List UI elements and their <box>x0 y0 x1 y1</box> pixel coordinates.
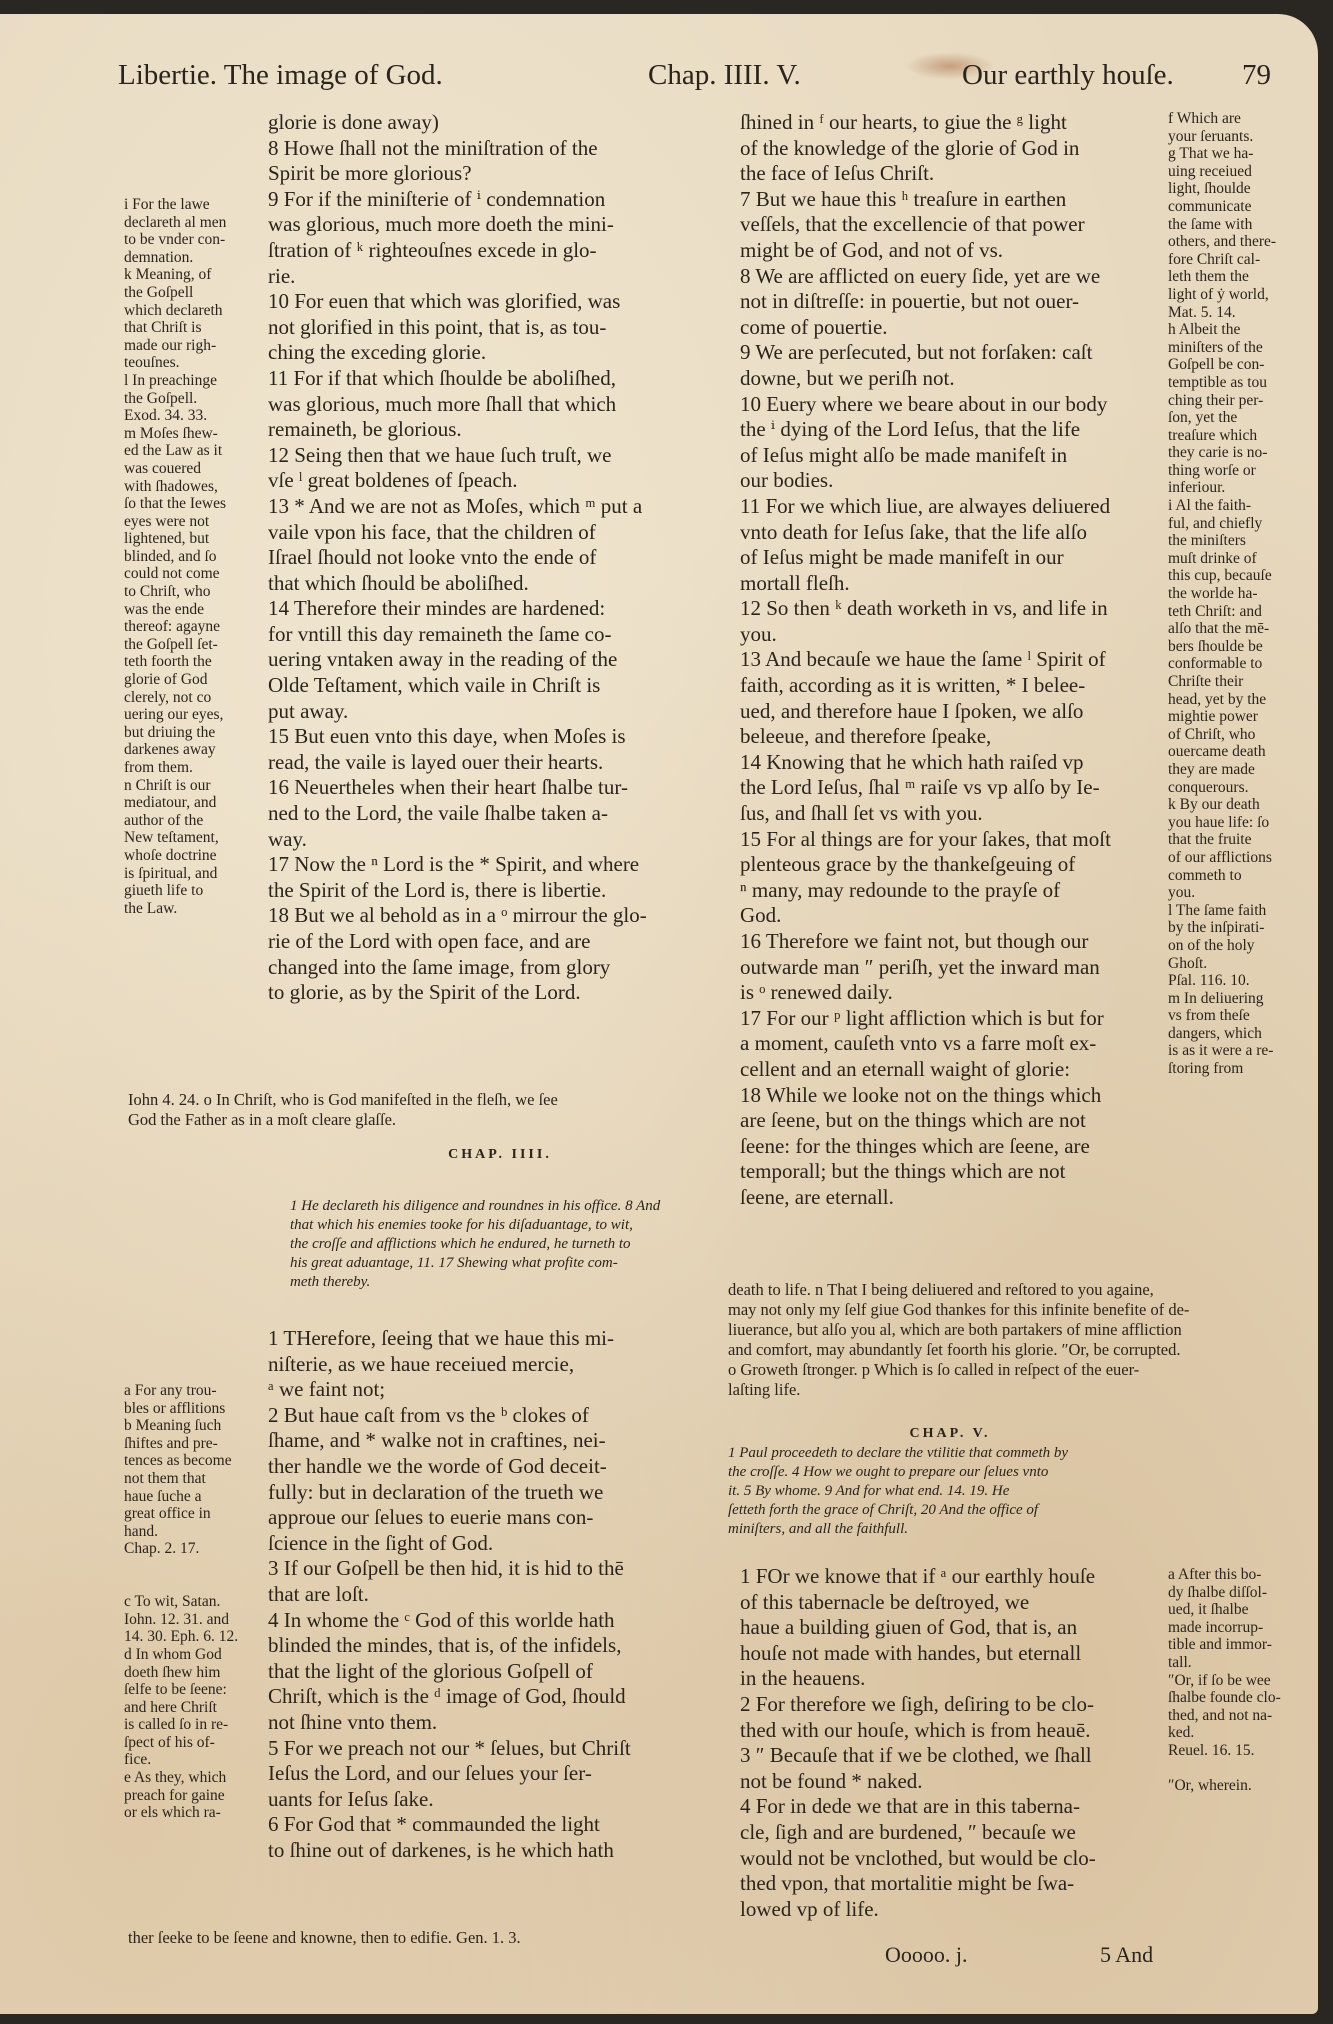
text-line: not glorified in this point, that is, as… <box>268 315 708 341</box>
text-line: uants for Ieſus ſake. <box>268 1787 708 1813</box>
text-line: 18 While we looke not on the things whic… <box>740 1083 1180 1109</box>
margin-note-line: is ſpiritual, and <box>124 865 274 883</box>
margin-note-line: of Chriſt, who <box>1168 726 1318 744</box>
text-line: that are loſt. <box>268 1582 708 1608</box>
margin-note-line: ″Or, if ſo be wee <box>1168 1672 1318 1690</box>
text-line: Chriſt, which is the ᵈ image of God, ſho… <box>268 1684 708 1710</box>
margin-note-line: l In preachinge <box>124 372 274 390</box>
margin-note-line: b Meaning ſuch <box>124 1417 274 1435</box>
margin-note-line: doeth ſhew him <box>124 1664 274 1682</box>
text-line: Spirit be more glorious? <box>268 161 708 187</box>
margin-note-line: which declareth <box>124 302 274 320</box>
argument-line: his great aduantage, 11. 17 Shewing what… <box>290 1254 710 1273</box>
margin-note-line: ſhalbe founde clo- <box>1168 1689 1318 1707</box>
margin-note-line: others, and there- <box>1168 233 1318 251</box>
text-line: the Spirit of the Lord is, there is libe… <box>268 878 708 904</box>
margin-note-line: k Meaning, of <box>124 266 274 284</box>
margin-note-line: i Al the faith- <box>1168 497 1318 515</box>
text-line: 1 FOr we knowe that if ᵃ our earthly hou… <box>740 1564 1180 1590</box>
margin-note-line: d In whom God <box>124 1646 274 1664</box>
margin-note-line: head, yet by the <box>1168 691 1318 709</box>
text-line: cellent and an eternall waight of glorie… <box>740 1057 1180 1083</box>
margin-note-line: was couered <box>124 460 274 478</box>
text-line: 5 For we preach not our * ſelues, but Ch… <box>268 1736 708 1762</box>
text-line: ſhined in ᶠ our hearts, to giue the ᵍ li… <box>740 110 1180 136</box>
left-footnote: Iohn 4. 24. o In Chriſt, who is God mani… <box>128 1090 708 1130</box>
text-line: downe, but we periſh not. <box>740 366 1180 392</box>
text-line: 8 Howe ſhall not the miniſtration of the <box>268 136 708 162</box>
text-line: 18 But we al behold as in a ᵒ mirrour th… <box>268 903 708 929</box>
text-line: 9 For if the miniſterie of ⁱ condemnatio… <box>268 187 708 213</box>
book-page: Libertie. The image of God. Chap. IIII. … <box>0 14 1318 2014</box>
margin-note-line: you haue life: ſo <box>1168 814 1318 832</box>
margin-note-line: from them. <box>124 759 274 777</box>
margin-note-line: mightie power <box>1168 708 1318 726</box>
text-line: haue a building giuen of God, that is, a… <box>740 1615 1180 1641</box>
text-line: ᵃ we faint not; <box>268 1377 708 1403</box>
right-body-text: ſhined in ᶠ our hearts, to giue the ᵍ li… <box>740 110 1180 1211</box>
margin-note-line: ful, and chiefly <box>1168 515 1318 533</box>
margin-note-line: haue ſuche a <box>124 1488 274 1506</box>
margin-note-line: Mat. 5. 14. <box>1168 304 1318 322</box>
margin-note-line: ued, it ſhalbe <box>1168 1601 1318 1619</box>
margin-note-line: m Moſes ſhew- <box>124 425 274 443</box>
text-line: 16 Therefore we faint not, but though ou… <box>740 929 1180 955</box>
margin-note-line: of our afflictions <box>1168 849 1318 867</box>
margin-note-line: f Which are <box>1168 110 1318 128</box>
text-line: that the light of the glorious Goſpell o… <box>268 1659 708 1685</box>
text-line: God. <box>740 903 1180 929</box>
text-line: 7 But we haue this ʰ treaſure in earthen <box>740 187 1180 213</box>
margin-note-line: Exod. 34. 33. <box>124 407 274 425</box>
margin-note-line: blinded, and ſo <box>124 548 274 566</box>
text-line: for vntill this day remaineth the ſame c… <box>268 622 708 648</box>
margin-note-line: and here Chriſt <box>124 1699 274 1717</box>
margin-note-line: the Goſpell ſet- <box>124 636 274 654</box>
margin-note-line: ſo that the Iewes <box>124 495 274 513</box>
margin-note-line: made our righ- <box>124 337 274 355</box>
margin-note-line: thing worſe or <box>1168 462 1318 480</box>
right-footnote: death to life. n That I being deliuered … <box>728 1280 1308 1400</box>
margin-note-line: c To wit, Satan. <box>124 1593 274 1611</box>
text-line: blinded the mindes, that is, of the infi… <box>268 1633 708 1659</box>
margin-note-line: uing receiued <box>1168 163 1318 181</box>
margin-note-line: thed, and not na- <box>1168 1707 1318 1725</box>
margin-note-line: Chap. 2. 17. <box>124 1540 274 1558</box>
right-margin-notes: f Which areyour ſeruants.g That we ha-ui… <box>1168 110 1318 1078</box>
margin-note-line: the Goſpell <box>124 284 274 302</box>
chapter-4-margin-notes: a For any trou-bles or afflitionsb Meani… <box>124 1382 274 1822</box>
margin-note-line: clerely, not co <box>124 689 274 707</box>
margin-note-line: with ſhadowes, <box>124 478 274 496</box>
text-line: thed with our houſe, which is from heauē… <box>740 1718 1180 1744</box>
text-line: beleeue, and therefore ſpeake, <box>740 724 1180 750</box>
margin-note-line: giueth life to <box>124 882 274 900</box>
text-line: 17 Now the ⁿ Lord is the * Spirit, and w… <box>268 852 708 878</box>
margin-note-line: you. <box>1168 884 1318 902</box>
text-line: plenteous grace by the thankeſgeuing of <box>740 852 1180 878</box>
chapter-4-body-text: 1 THerefore, ſeeing that we haue this mi… <box>268 1326 708 1863</box>
text-line: 16 Neuertheles when their heart ſhalbe t… <box>268 775 708 801</box>
text-line: glorie is done away) <box>268 110 708 136</box>
text-line: 13 * And we are not as Moſes, which ᵐ pu… <box>268 494 708 520</box>
text-line: ned to the Lord, the vaile ſhalbe taken … <box>268 801 708 827</box>
text-line: Olde Teſtament, which vaile in Chriſt is <box>268 673 708 699</box>
text-line: uering vntaken away in the reading of th… <box>268 647 708 673</box>
text-line: mortall fleſh. <box>740 571 1180 597</box>
text-line: of the knowledge of the glorie of God in <box>740 136 1180 162</box>
text-line: ther handle we the worde of God deceit- <box>268 1454 708 1480</box>
text-line: of Ieſus might alſo be made manifeſt in <box>740 443 1180 469</box>
footnote-line: laſting life. <box>728 1380 1308 1400</box>
left-margin-notes: i For the lawedeclareth al mento be vnde… <box>124 196 274 917</box>
margin-note-line: the ſame with <box>1168 216 1318 234</box>
text-line: changed into the ſame image, from glory <box>268 955 708 981</box>
text-line: in the heauens. <box>740 1666 1180 1692</box>
footnote-line: God the Father as in a moſt cleare glaſſ… <box>128 1110 708 1130</box>
margin-note-line: preach for gaine <box>124 1787 274 1805</box>
text-line: ching the exceding glorie. <box>268 340 708 366</box>
margin-note-line: ſtoring from <box>1168 1060 1318 1078</box>
text-line: ſcience in the ſight of God. <box>268 1531 708 1557</box>
text-line: 10 For euen that which was glorified, wa… <box>268 289 708 315</box>
text-line: Ieſus the Lord, and our ſelues your ſer- <box>268 1761 708 1787</box>
margin-note-line: i For the lawe <box>124 196 274 214</box>
margin-note-line <box>124 1576 274 1594</box>
argument-line: 1 He declareth his diligence and roundne… <box>290 1197 710 1216</box>
margin-note-line: ching their per- <box>1168 392 1318 410</box>
margin-note-line: New teſtament, <box>124 829 274 847</box>
text-line: 17 For our ᵖ light affliction which is b… <box>740 1006 1180 1032</box>
text-line: approue our ſelues to euerie mans con- <box>268 1505 708 1531</box>
text-line: 3 If our Goſpell be then hid, it is hid … <box>268 1556 708 1582</box>
margin-note-line: muſt drinke of <box>1168 550 1318 568</box>
margin-note-line: the Law. <box>124 900 274 918</box>
margin-note-line: Pſal. 116. 10. <box>1168 972 1318 990</box>
text-line: to ſhine out of darkenes, is he which ha… <box>268 1838 708 1864</box>
text-line: ſus, and ſhall ſet vs with you. <box>740 801 1180 827</box>
margin-note-line: miniſters of the <box>1168 339 1318 357</box>
argument-line: the croſſe and afflictions which he endu… <box>290 1235 710 1254</box>
margin-note-line: this cup, becauſe <box>1168 567 1318 585</box>
text-line: 15 For al things are for your ſakes, tha… <box>740 827 1180 853</box>
margin-note-line: hand. <box>124 1523 274 1541</box>
text-line: way. <box>268 827 708 853</box>
margin-note-line: alſo that the mē- <box>1168 620 1318 638</box>
text-line: 12 So then ᵏ death worketh in vs, and li… <box>740 596 1180 622</box>
running-head-chapter: Chap. IIII. V. <box>648 58 801 92</box>
margin-note-line: temptible as tou <box>1168 374 1318 392</box>
text-line: 2 For therefore we ſigh, deſiring to be … <box>740 1692 1180 1718</box>
margin-note-line: bles or afflitions <box>124 1400 274 1418</box>
margin-note-line: Iohn. 12. 31. and <box>124 1611 274 1629</box>
margin-note-line: ouercame death <box>1168 743 1318 761</box>
running-head-right: Our earthly houſe. <box>962 58 1174 92</box>
left-body-text: glorie is done away)8 Howe ſhall not the… <box>268 110 708 1006</box>
margin-note-line: commeth to <box>1168 867 1318 885</box>
margin-note-line: tences as become <box>124 1452 274 1470</box>
text-line: would not be vnclothed, but would be clo… <box>740 1846 1180 1872</box>
left-bottom-note: ther ſeeke to be ſeene and knowne, then … <box>128 1928 521 1948</box>
margin-note-line: darkenes away <box>124 741 274 759</box>
text-line: ued, and therefore haue I ſpoken, we alſ… <box>740 699 1180 725</box>
margin-note-line: teouſnes. <box>124 354 274 372</box>
margin-note-line: light of ẏ world, <box>1168 286 1318 304</box>
text-line: 15 But euen vnto this daye, when Moſes i… <box>268 724 708 750</box>
margin-note-line: g That we ha- <box>1168 145 1318 163</box>
margin-note-line: the miniſters <box>1168 532 1318 550</box>
text-line: ſhame, and * walke not in craftines, nei… <box>268 1428 708 1454</box>
text-line: was glorious, much more ſhall that which <box>268 392 708 418</box>
margin-note-line: ″Or, wherein. <box>1168 1777 1318 1795</box>
margin-note-line: Ghoſt. <box>1168 955 1318 973</box>
margin-note-line: glorie of God <box>124 671 274 689</box>
margin-note-line: demnation. <box>124 249 274 267</box>
text-line: of this tabernacle be deſtroyed, we <box>740 1590 1180 1616</box>
text-line: of Ieſus might be made manifeſt in our <box>740 545 1180 571</box>
margin-note-line: fore Chriſt cal- <box>1168 251 1318 269</box>
text-line: cle, ſigh and are burdened, ″ becauſe we <box>740 1820 1180 1846</box>
margin-note-line: the Goſpell. <box>124 390 274 408</box>
text-line: 14 Knowing that he which hath raiſed vp <box>740 750 1180 776</box>
footnote-line: death to life. n That I being deliuered … <box>728 1280 1308 1300</box>
text-line: Iſrael ſhould not looke vnto the ende of <box>268 545 708 571</box>
margin-note-line: conquerours. <box>1168 779 1318 797</box>
argument-line: that which his enemies tooke for his diſ… <box>290 1216 710 1235</box>
text-line: 14 Therefore their mindes are hardened: <box>268 596 708 622</box>
argument-line: meth thereby. <box>290 1273 710 1292</box>
text-line: 4 For in dede we that are in this tabern… <box>740 1794 1180 1820</box>
text-line: not ſhine vnto them. <box>268 1710 708 1736</box>
text-line: not be found * naked. <box>740 1769 1180 1795</box>
margin-note-line: could not come <box>124 565 274 583</box>
margin-note-line: ſhiftes and pre- <box>124 1435 274 1453</box>
chapter-5-body-text: 1 FOr we knowe that if ᵃ our earthly hou… <box>740 1564 1180 1922</box>
text-line: 11 For we which liue, are alwayes deliue… <box>740 494 1180 520</box>
text-line: 13 And becauſe we haue the ſame ˡ Spirit… <box>740 647 1180 673</box>
text-line: 6 For God that * commaunded the light <box>268 1812 708 1838</box>
argument-line: ſetteth forth the grace of Chriſt, 20 An… <box>728 1501 1168 1520</box>
margin-note-line: lightened, but <box>124 530 274 548</box>
margin-note-line: the worlde ha- <box>1168 585 1318 603</box>
text-line: rie. <box>268 264 708 290</box>
margin-note-line: tall. <box>1168 1654 1318 1672</box>
catchword: 5 And <box>1100 1942 1153 1968</box>
margin-note-line: they carie is no- <box>1168 444 1318 462</box>
text-line: 11 For if that which ſhoulde be aboliſhe… <box>268 366 708 392</box>
argument-line: miniſters, and all the faithfull. <box>728 1520 1168 1539</box>
margin-note-line: ſelfe to be ſeene: <box>124 1681 274 1699</box>
text-line: ſeene, are eternall. <box>740 1185 1180 1211</box>
margin-note-line: light, ſhoulde <box>1168 180 1318 198</box>
margin-note-line: Reuel. 16. 15. <box>1168 1742 1318 1760</box>
margin-note-line: whoſe doctrine <box>124 847 274 865</box>
text-line: houſe not made with handes, but eternall <box>740 1641 1180 1667</box>
chapter-4-heading: CHAP. IIII. <box>400 1147 600 1163</box>
text-line: remaineth, be glorious. <box>268 417 708 443</box>
text-line: niſterie, as we haue receiued mercie, <box>268 1352 708 1378</box>
margin-note-line: n Chriſt is our <box>124 777 274 795</box>
chapter-5-argument: 1 Paul proceedeth to declare the vtiliti… <box>728 1444 1168 1539</box>
margin-note-line: ſon, yet the <box>1168 409 1318 427</box>
text-line: that which ſhould be aboliſhed. <box>268 571 708 597</box>
margin-note-line: vs from theſe <box>1168 1007 1318 1025</box>
page-number: 79 <box>1242 58 1271 92</box>
text-line: temporall; but the things which are not <box>740 1159 1180 1185</box>
text-line: 9 We are perſecuted, but not forſaken: c… <box>740 340 1180 366</box>
running-head-left: Libertie. The image of God. <box>118 58 443 92</box>
margin-note-line: bers ſhoulde be <box>1168 638 1318 656</box>
text-line: 2 But haue caſt from vs the ᵇ clokes of <box>268 1403 708 1429</box>
text-line: 1 THerefore, ſeeing that we haue this mi… <box>268 1326 708 1352</box>
footnote-line: and comfort, may abundantly ſet foorth h… <box>728 1340 1308 1360</box>
margin-note-line: treaſure which <box>1168 427 1318 445</box>
margin-note-line: eyes were not <box>124 513 274 531</box>
text-line: outwarde man ″ periſh, yet the inward ma… <box>740 955 1180 981</box>
footnote-line: liuerance, but alſo you al, which are bo… <box>728 1320 1308 1340</box>
text-line: the face of Ieſus Chriſt. <box>740 161 1180 187</box>
margin-note-line: teth foorth the <box>124 653 274 671</box>
margin-note-line: ed the Law as it <box>124 442 274 460</box>
margin-note-line: is called ſo in re- <box>124 1716 274 1734</box>
chapter-4-argument: 1 He declareth his diligence and roundne… <box>290 1197 710 1292</box>
margin-note-line: by the inſpirati- <box>1168 919 1318 937</box>
margin-note-line: is as it were a re- <box>1168 1042 1318 1060</box>
margin-note-line: but driuing the <box>124 724 274 742</box>
text-line: the ⁱ dying of the Lord Ieſus, that the … <box>740 417 1180 443</box>
margin-note-line: e As they, which <box>124 1769 274 1787</box>
margin-note-line: that the fruite <box>1168 831 1318 849</box>
text-line: faith, according as it is written, * I b… <box>740 673 1180 699</box>
text-line: is ᵒ renewed daily. <box>740 980 1180 1006</box>
text-line: put away. <box>268 699 708 725</box>
margin-note-line: a For any trou- <box>124 1382 274 1400</box>
margin-note-line: l The ſame faith <box>1168 902 1318 920</box>
text-line: vnto death for Ieſus ſake, that the life… <box>740 520 1180 546</box>
margin-note-line: or els which ra- <box>124 1804 274 1822</box>
text-line: rie of the Lord with open face, and are <box>268 929 708 955</box>
argument-line: the croſſe. 4 How we ought to prepare ou… <box>728 1463 1168 1482</box>
text-line: to glorie, as by the Spirit of the Lord. <box>268 980 708 1006</box>
footnote-line: Iohn 4. 24. o In Chriſt, who is God mani… <box>128 1090 708 1110</box>
text-line: 10 Euery where we beare about in our bod… <box>740 392 1180 418</box>
margin-note-line: to Chriſt, who <box>124 583 274 601</box>
text-line: 3 ″ Becauſe that if we be clothed, we ſh… <box>740 1743 1180 1769</box>
margin-note-line: author of the <box>124 812 274 830</box>
margin-note-line: Chriſte their <box>1168 673 1318 691</box>
signature-mark: Ooooo. j. <box>885 1942 968 1968</box>
text-line: 12 Seing then that we haue ſuch truſt, w… <box>268 443 708 469</box>
margin-note-line: they are made <box>1168 761 1318 779</box>
text-line: veſſels, that the excellencie of that po… <box>740 212 1180 238</box>
margin-note-line: thereof: agayne <box>124 618 274 636</box>
chapter-5-heading: CHAP. V. <box>860 1426 1040 1442</box>
text-line: vaile vpon his face, that the children o… <box>268 520 708 546</box>
text-line: thed vpon, that mortalitie might be ſwa- <box>740 1871 1180 1897</box>
margin-note-line: was the ende <box>124 601 274 619</box>
margin-note-line: dy ſhalbe diſſol- <box>1168 1584 1318 1602</box>
text-line: was glorious, much more doeth the mini- <box>268 212 708 238</box>
margin-note-line: uering our eyes, <box>124 706 274 724</box>
margin-note-line: ked. <box>1168 1724 1318 1742</box>
margin-note-line: k By our death <box>1168 796 1318 814</box>
footnote-line: o Groweth ſtronger. p Which is ſo called… <box>728 1360 1308 1380</box>
margin-note-line: your ſeruants. <box>1168 128 1318 146</box>
margin-note-line <box>1168 1760 1318 1778</box>
text-line: might be of God, and not of vs. <box>740 238 1180 264</box>
text-line: vſe ˡ great boldenes of ſpeach. <box>268 468 708 494</box>
margin-note-line: communicate <box>1168 198 1318 216</box>
text-line: lowed vp of life. <box>740 1897 1180 1923</box>
margin-note-line: fice. <box>124 1751 274 1769</box>
margin-note-line: leth them the <box>1168 268 1318 286</box>
text-line: come of pouertie. <box>740 315 1180 341</box>
margin-note-line: dangers, which <box>1168 1025 1318 1043</box>
text-line: our bodies. <box>740 468 1180 494</box>
text-line: a moment, cauſeth vnto vs a farre moſt e… <box>740 1031 1180 1057</box>
argument-line: 1 Paul proceedeth to declare the vtiliti… <box>728 1444 1168 1463</box>
text-line: 8 We are afflicted on euery ſide, yet ar… <box>740 264 1180 290</box>
footnote-line: may not only my ſelf giue God thankes fo… <box>728 1300 1308 1320</box>
margin-note-line: Goſpell be con- <box>1168 356 1318 374</box>
margin-note-line: teth Chriſt: and <box>1168 603 1318 621</box>
text-line: fully: but in declaration of the trueth … <box>268 1480 708 1506</box>
margin-note-line: that Chriſt is <box>124 319 274 337</box>
margin-note-line: to be vnder con- <box>124 231 274 249</box>
text-line: ſtration of ᵏ righteouſnes excede in glo… <box>268 238 708 264</box>
margin-note-line: mediatour, and <box>124 794 274 812</box>
text-line: are ſeene, but on the things which are n… <box>740 1108 1180 1134</box>
text-line: the Lord Ieſus, ſhal ᵐ raiſe vs vp alſo … <box>740 775 1180 801</box>
text-line: ſeene: for the thinges which are ſeene, … <box>740 1134 1180 1160</box>
text-line: not in diſtreſſe: in pouertie, but not o… <box>740 289 1180 315</box>
margin-note-line: inferiour. <box>1168 479 1318 497</box>
margin-note-line: not them that <box>124 1470 274 1488</box>
margin-note-line: declareth al men <box>124 214 274 232</box>
margin-note-line: 14. 30. Eph. 6. 12. <box>124 1628 274 1646</box>
margin-note-line: conformable to <box>1168 655 1318 673</box>
margin-note-line: a After this bo- <box>1168 1566 1318 1584</box>
margin-note-line: ſpect of his of- <box>124 1734 274 1752</box>
margin-note-line: h Albeit the <box>1168 321 1318 339</box>
margin-note-line: made incorrup- <box>1168 1619 1318 1637</box>
margin-note-line: great office in <box>124 1505 274 1523</box>
margin-note-line: tible and immor- <box>1168 1636 1318 1654</box>
argument-line: it. 5 By whome. 9 And for what end. 14. … <box>728 1482 1168 1501</box>
text-line: ⁿ many, may redounde to the prayſe of <box>740 878 1180 904</box>
margin-note-line: on of the holy <box>1168 937 1318 955</box>
chapter-5-margin-notes: a After this bo-dy ſhalbe diſſol-ued, it… <box>1168 1566 1318 1795</box>
text-line: read, the vaile is layed ouer their hear… <box>268 750 708 776</box>
text-line: 4 In whome the ᶜ God of this worlde hath <box>268 1608 708 1634</box>
margin-note-line: m In deliuering <box>1168 990 1318 1008</box>
text-line: you. <box>740 622 1180 648</box>
margin-note-line <box>124 1558 274 1576</box>
